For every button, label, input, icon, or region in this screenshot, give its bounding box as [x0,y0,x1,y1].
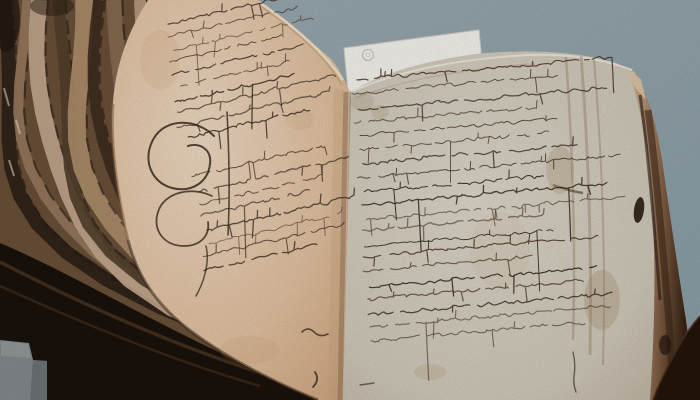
photo-open-manuscript [0,0,700,400]
manuscript-scene [0,0,700,400]
photo-grain [0,0,700,400]
